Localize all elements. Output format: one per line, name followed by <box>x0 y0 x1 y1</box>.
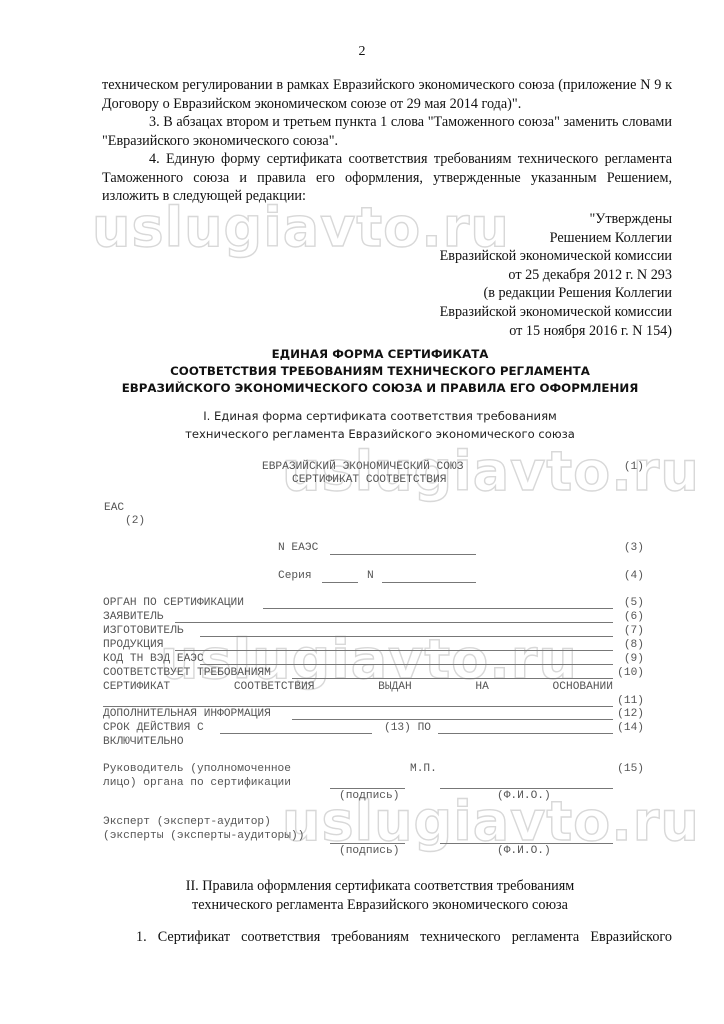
field-applicant[interactable] <box>175 622 613 623</box>
heading-line: СООТВЕТСТВИЯ ТРЕБОВАНИЯМ ТЕХНИЧЕСКОГО РЕ… <box>90 363 670 380</box>
intro-paragraph-2: 3. В абзацах втором и третьем пункта 1 с… <box>102 113 672 150</box>
head-label-line2: лицо) органа по сертификации <box>103 777 291 789</box>
field-valid-to[interactable] <box>438 733 613 734</box>
form-ref-11: (11) <box>617 695 644 707</box>
form-ref-2: (2) <box>125 515 145 527</box>
field-additional[interactable] <box>292 719 613 720</box>
form-header-union: ЕВРАЗИЙСКИЙ ЭКОНОМИЧЕСКИЙ СОЮЗ <box>262 461 463 473</box>
field-basis[interactable] <box>103 706 613 707</box>
form-ref-4: (4) <box>624 570 644 582</box>
basis-word: ВЫДАН <box>378 681 412 693</box>
basis-label: СЕРТИФИКАТ СООТВЕТСТВИЯ ВЫДАН НА ОСНОВАН… <box>103 681 613 693</box>
page-number: 2 <box>0 44 724 60</box>
validity-inclusive: ВКЛЮЧИТЕЛЬНО <box>103 736 184 748</box>
form-ref-12: (12) <box>617 708 644 720</box>
field-label-product: ПРОДУКЦИЯ <box>103 639 163 651</box>
expert-fio-field[interactable] <box>440 843 613 844</box>
field-label-manufacturer: ИЗГОТОВИТЕЛЬ <box>103 625 184 637</box>
eac-mark: ЕАС <box>104 502 124 514</box>
field-product[interactable] <box>175 650 613 651</box>
cert-number-field[interactable] <box>330 554 476 555</box>
heading-line: ЕДИНАЯ ФОРМА СЕРТИФИКАТА <box>90 346 670 363</box>
document-heading: ЕДИНАЯ ФОРМА СЕРТИФИКАТА СООТВЕТСТВИЯ ТР… <box>90 346 670 397</box>
field-hs-code[interactable] <box>200 664 613 665</box>
form-ref-14: (14) <box>617 722 644 734</box>
field-cert-body[interactable] <box>263 608 613 609</box>
field-manufacturer[interactable] <box>200 636 613 637</box>
section-title-line: I. Единая форма сертификата соответствия… <box>90 407 670 425</box>
approval-line: от 15 ноября 2016 г. N 154) <box>380 322 672 341</box>
final-paragraph: 1. Сертификат соответствия требованиям т… <box>102 928 672 947</box>
basis-word: НА <box>475 681 488 693</box>
heading-line: ЕВРАЗИЙСКОГО ЭКОНОМИЧЕСКОГО СОЮЗА И ПРАВ… <box>90 380 670 397</box>
approval-line: Евразийской экономической комиссии <box>380 247 672 266</box>
field-label-valid-to: (13) ПО <box>384 722 431 734</box>
field-valid-from[interactable] <box>220 733 372 734</box>
field-label-hs-code: КОД ТН ВЭД ЕАЭС <box>103 653 204 665</box>
intro-text: техническом регулировании в рамках Евраз… <box>102 76 672 206</box>
expert-fio-caption: (Ф.И.О.) <box>497 845 551 857</box>
series-label: Серия <box>278 570 312 582</box>
approval-line: (в редакции Решения Коллегии <box>380 284 672 303</box>
form-header-certificate: СЕРТИФИКАТ СООТВЕТСТВИЯ <box>292 474 446 486</box>
intro-paragraph-1: техническом регулировании в рамках Евраз… <box>102 76 672 113</box>
form-ref-8: (8) <box>624 639 644 651</box>
series-number-field[interactable] <box>382 582 476 583</box>
form-ref-1: (1) <box>624 461 644 473</box>
cert-number-label: N ЕАЭС <box>278 542 318 554</box>
form-ref-9: (9) <box>624 653 644 665</box>
basis-word: ОСНОВАНИИ <box>553 681 613 693</box>
form-ref-5: (5) <box>624 597 644 609</box>
approval-line: Решением Коллегии <box>380 229 672 248</box>
expert-label-line1: Эксперт (эксперт-аудитор) <box>103 816 271 828</box>
approval-line: Евразийской экономической комиссии <box>380 303 672 322</box>
form-ref-3: (3) <box>624 542 644 554</box>
field-label-additional: ДОПОЛНИТЕЛЬНАЯ ИНФОРМАЦИЯ <box>103 708 271 720</box>
basis-word: СЕРТИФИКАТ <box>103 681 170 693</box>
section-title-line: технического регламента Евразийского эко… <box>90 896 670 915</box>
intro-paragraph-3: 4. Единую форму сертификата соответствия… <box>102 150 672 206</box>
form-ref-15: (15) <box>617 763 644 775</box>
approval-block: "Утверждены Решением Коллегии Евразийско… <box>380 210 672 340</box>
section-1-title: I. Единая форма сертификата соответствия… <box>90 407 670 443</box>
section-2-title: II. Правила оформления сертификата соотв… <box>90 877 670 914</box>
field-label-validity: СРОК ДЕЙСТВИЯ С <box>103 722 204 734</box>
expert-label-line2: (эксперты (эксперты-аудиторы)) <box>103 830 304 842</box>
approval-line: "Утверждены <box>380 210 672 229</box>
head-fio-field[interactable] <box>440 788 613 789</box>
expert-signature-caption: (подпись) <box>339 845 399 857</box>
form-ref-10: (10) <box>617 667 644 679</box>
head-label-line1: Руководитель (уполномоченное <box>103 763 291 775</box>
expert-signature-field[interactable] <box>330 843 405 844</box>
head-signature-field[interactable] <box>330 788 405 789</box>
series-field[interactable] <box>322 582 358 583</box>
field-label-applicant: ЗАЯВИТЕЛЬ <box>103 611 163 623</box>
fio-caption: (Ф.И.О.) <box>497 790 551 802</box>
field-label-cert-body: ОРГАН ПО СЕРТИФИКАЦИИ <box>103 597 244 609</box>
stamp-label: М.П. <box>410 763 437 775</box>
form-ref-7: (7) <box>624 625 644 637</box>
field-requirements[interactable] <box>292 678 613 679</box>
section-title-line: технического регламента Евразийского эко… <box>90 425 670 443</box>
field-label-requirements: СООТВЕТСТВУЕТ ТРЕБОВАНИЯМ <box>103 667 271 679</box>
signature-caption: (подпись) <box>339 790 399 802</box>
form-ref-6: (6) <box>624 611 644 623</box>
basis-word: СООТВЕТСТВИЯ <box>234 681 315 693</box>
series-n-label: N <box>367 570 374 582</box>
section-title-line: II. Правила оформления сертификата соотв… <box>90 877 670 896</box>
approval-line: от 25 декабря 2012 г. N 293 <box>380 266 672 285</box>
